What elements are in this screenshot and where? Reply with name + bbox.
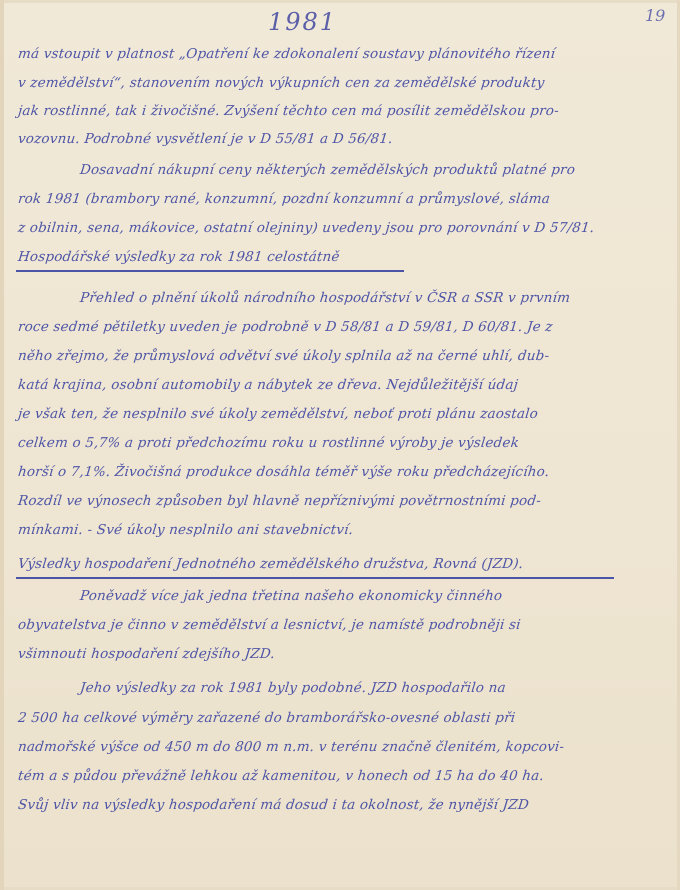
section-heading: Výsledky hospodaření Jednotného zeměděls… — [17, 556, 524, 572]
paper-edge-left — [0, 0, 4, 890]
text-line: tém a s půdou převážně lehkou až kamenit… — [17, 768, 545, 784]
text-line: obyvatelstva je činno v zemědělství a le… — [17, 617, 521, 633]
text-line: nadmořské výšce od 450 m do 800 m n.m. v… — [17, 739, 565, 755]
text-line: Jeho výsledky za rok 1981 byly podobné. … — [79, 680, 507, 696]
text-line: Poněvadž více jak jedna třetina našeho e… — [79, 588, 503, 604]
heading-underline — [16, 577, 614, 579]
text-line: je však ten, že nesplnilo své úkoly země… — [17, 406, 539, 422]
text-line: z obilnin, sena, mákovice, ostatní olejn… — [17, 220, 595, 236]
text-line: katá krajina, osobní automobily a nábyte… — [17, 377, 519, 393]
text-line: Přehled o plnění úkolů národního hospodá… — [79, 290, 571, 306]
text-line: horší o 7,1%. Živočišná produkce dosáhla… — [17, 464, 550, 480]
text-line: něho zřejmo, že průmyslová odvětví své ú… — [17, 348, 550, 364]
text-line: 2 500 ha celkové výměry zařazené do bram… — [17, 710, 516, 726]
text-line: Rozdíl ve výnosech způsoben byl hlavně n… — [17, 493, 542, 509]
heading-underline — [16, 270, 404, 272]
section-heading: Hospodářské výsledky za rok 1981 celostá… — [17, 249, 340, 265]
text-line: všimnouti hospodaření zdejšího JZD. — [17, 646, 276, 662]
text-line: Svůj vliv na výsledky hospodaření má dos… — [17, 797, 530, 813]
text-line: rok 1981 (brambory rané, konzumní, pozdn… — [17, 191, 551, 207]
header-year: 1981 — [268, 8, 337, 36]
text-line: roce sedmé pětiletky uveden je podrobně … — [17, 319, 553, 335]
text-line: jak rostlinné, tak i živočišné. Zvýšení … — [17, 103, 560, 119]
page-number: 19 — [645, 6, 665, 25]
chronicle-page: 1981 19 má vstoupit v platnost „Opatření… — [0, 0, 680, 890]
text-line: Dosavadní nákupní ceny některých zeměděl… — [79, 162, 576, 178]
text-line: má vstoupit v platnost „Opatření ke zdok… — [17, 46, 556, 62]
text-line: vozovnu. Podrobné vysvětlení je v D 55/8… — [17, 131, 393, 147]
text-line: celkem o 5,7% a proti předchozímu roku u… — [17, 435, 520, 451]
text-line: v zemědělství“, stanovením nových výkupn… — [17, 75, 545, 91]
text-line: mínkami. - Své úkoly nesplnilo ani stave… — [17, 522, 354, 538]
